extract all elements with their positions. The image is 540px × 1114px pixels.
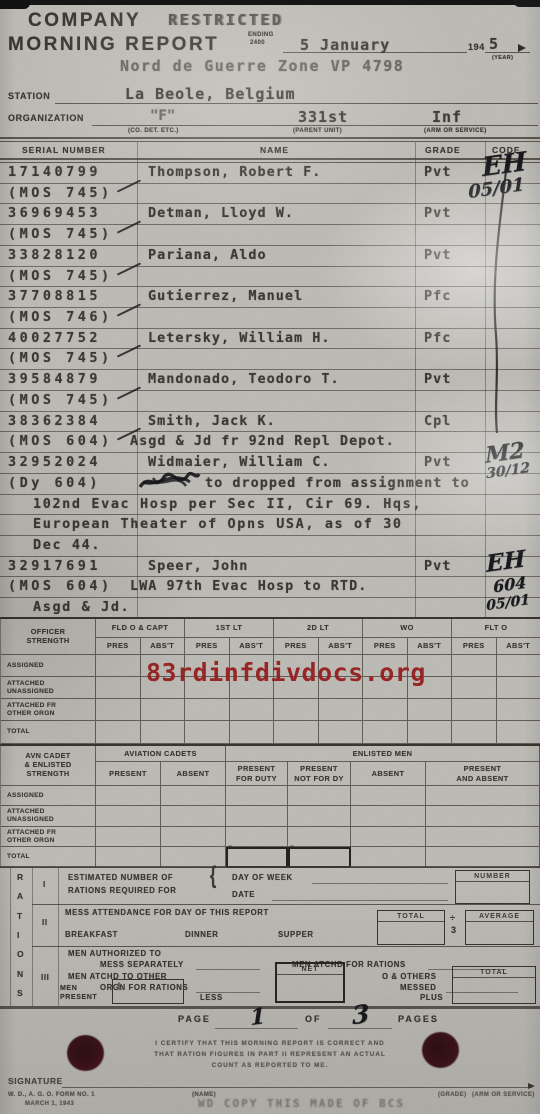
- table-cell: [319, 721, 364, 744]
- roster-grade: Pvt: [424, 205, 451, 221]
- section-rule-2: [0, 141, 540, 142]
- roster-line: 32952024Widmaier, William C.Pvt: [0, 452, 540, 474]
- date-value: 5 January: [300, 36, 390, 54]
- signature-label: SIGNATURE: [8, 1076, 63, 1086]
- page-number-handwritten: 1: [250, 1003, 266, 1031]
- certification-line: I CERTIFY THAT THIS MORNING REPORT IS CO…: [155, 1040, 384, 1047]
- rations-top-rule: [0, 866, 540, 868]
- table-subcolumn-header: PRESENT NOT FOR DY: [288, 762, 351, 786]
- ending-time: 2400: [250, 40, 265, 46]
- roster-line: Dec 44.: [0, 535, 540, 557]
- table-cell: [161, 827, 226, 847]
- table-cell: [230, 721, 275, 744]
- table-cell: [226, 847, 288, 868]
- pages-total-handwritten: 3: [352, 999, 370, 1031]
- plus-label: PLUS: [420, 993, 443, 1002]
- grade-caption: (GRADE): [438, 1092, 466, 1098]
- mess-separately-label: MESS SEPARATELY: [100, 960, 184, 969]
- pages-label: PAGES: [398, 1014, 439, 1024]
- table-row-label: TOTAL: [1, 721, 96, 744]
- roster-line: (MOS 745): [0, 183, 540, 205]
- roster-mos: (MOS 745): [8, 226, 113, 242]
- table-cell: [274, 699, 319, 721]
- table-cell: [452, 655, 497, 677]
- rations-vertical-letter: R: [17, 872, 24, 882]
- year-prefix: 194: [468, 42, 485, 52]
- average-label: AVERAGE: [466, 911, 533, 922]
- signature-rule: [62, 1087, 532, 1088]
- rations-bottom-rule: [0, 1006, 540, 1009]
- blank-rule: [312, 883, 448, 884]
- roster-line: (MOS 746): [0, 307, 540, 329]
- roster-remark: Dec 44.: [33, 537, 101, 553]
- table-cell: [408, 699, 453, 721]
- men-present-label: MEN PRESENT: [60, 984, 97, 1002]
- form-id: W. D., A. G. O. FORM NO. 1: [8, 1092, 95, 1098]
- table-cell: [351, 847, 426, 868]
- table-cell: [426, 806, 540, 827]
- roster-name: Gutierrez, Manuel: [148, 288, 303, 304]
- table-cell: [452, 721, 497, 744]
- roster-name: Speer, John: [148, 558, 248, 574]
- roster-serial-number: 33828120: [8, 247, 101, 263]
- rations-total-box: TOTAL: [452, 966, 536, 1004]
- table-cell: [351, 806, 426, 827]
- table-subcolumn-header: PRES: [185, 638, 230, 655]
- roster-line: (MOS 604)LWA 97th Evac Hosp to RTD.: [0, 576, 540, 598]
- table-cell: [96, 847, 161, 868]
- table-cell: [452, 699, 497, 721]
- enlisted-strength-table: AVN CADET & ENLISTED STRENGTHAVIATION CA…: [0, 744, 540, 868]
- table-subcolumn-header: PRES: [96, 638, 141, 655]
- organization-label: ORGANIZATION: [8, 113, 84, 123]
- table-cell: [351, 827, 426, 847]
- rations-estimated-line2: RATIONS REQUIRED FOR: [68, 886, 176, 895]
- roster-name: Detman, Lloyd W.: [148, 205, 294, 221]
- breakfast-label: BREAKFAST: [65, 930, 118, 939]
- roster-name: Smith, Jack K.: [148, 413, 276, 429]
- roster-line: 38362384Smith, Jack K.Cpl: [0, 411, 540, 433]
- year-rule: [485, 52, 530, 53]
- table-cell: [161, 786, 226, 806]
- roster-name: Pariana, Aldo: [148, 247, 267, 263]
- table-cell: [408, 721, 453, 744]
- org-unit-caption: (CO. DET. ETC.): [128, 128, 179, 134]
- org-parent-value: 331st: [298, 108, 348, 126]
- roster-mos: (MOS 745): [8, 185, 113, 201]
- table-cell: [141, 699, 186, 721]
- watermark: 83rdinfdivdocs.org: [146, 658, 426, 687]
- divide-by: 3: [451, 925, 457, 935]
- roster-mos: (MOS 604): [8, 433, 113, 449]
- roster-grade: Pfc: [424, 330, 451, 346]
- signature-arrow: [528, 1083, 535, 1089]
- table-cell: [319, 699, 364, 721]
- table-cell: [230, 699, 275, 721]
- station-rule: [55, 103, 538, 104]
- net-box: NET: [275, 962, 345, 1003]
- roster-column-header: SERIAL NUMBER: [22, 145, 106, 155]
- table-cell: [351, 786, 426, 806]
- table-cell: [141, 721, 186, 744]
- roster-line: (MOS 745): [0, 224, 540, 246]
- roster-serial-number: 36969453: [8, 205, 101, 221]
- rations-numeral-1: I: [43, 880, 46, 889]
- divide-sign: ÷: [450, 913, 456, 923]
- rations-numeral-2: II: [42, 918, 48, 927]
- form-title-line2: MORNING REPORT: [8, 34, 219, 56]
- rations-estimated-line1: ESTIMATED NUMBER OF: [68, 873, 173, 882]
- org-arm-caption: (ARM OR SERVICE): [424, 128, 487, 134]
- table-group-header: AVIATION CADETS: [96, 746, 226, 762]
- table-cell: [226, 786, 288, 806]
- table-cell: [96, 827, 161, 847]
- table-cell: [288, 786, 351, 806]
- roster-column-header: NAME: [260, 145, 289, 155]
- table-row-label: TOTAL: [1, 847, 96, 868]
- roster-grade: Pvt: [424, 247, 451, 263]
- roster-line: (Dy 604)to dropped from assignment to: [0, 473, 540, 495]
- supper-label: SUPPER: [278, 930, 314, 939]
- table-subcolumn-header: ABSENT: [161, 762, 226, 786]
- blank-rule: [272, 900, 448, 901]
- roster-grade: Pvt: [424, 558, 451, 574]
- roster-serial-number: 37708815: [8, 288, 101, 304]
- rations-border: [32, 868, 33, 1006]
- roster-name: Widmaier, William C.: [148, 454, 331, 470]
- roster-line: 36969453Detman, Lloyd W.Pvt: [0, 203, 540, 225]
- roster-serial-number: 40027752: [8, 330, 101, 346]
- table-cell: [288, 806, 351, 827]
- roster-remark: LWA 97th Evac Hosp to RTD.: [130, 578, 367, 594]
- roster-line: (MOS 745): [0, 266, 540, 288]
- table-row-label: ATTACHED UNASSIGNED: [1, 677, 96, 699]
- table-group-header: WO: [363, 619, 452, 638]
- roster-grade: Pvt: [424, 371, 451, 387]
- blank-rule: [196, 969, 260, 970]
- morning-report-document: COMPANY MORNING REPORT RESTRICTED ENDING…: [0, 0, 540, 1114]
- table-row-label: ATTACHED UNASSIGNED: [1, 806, 96, 827]
- rations-divider: [32, 946, 540, 947]
- table-subcolumn-header: PRES: [452, 638, 497, 655]
- station-value: La Beole, Belgium: [125, 85, 296, 103]
- dinner-label: DINNER: [185, 930, 219, 939]
- roster-line: 39584879Mandonado, Teodoro T.Pvt: [0, 369, 540, 391]
- average-box: AVERAGE: [465, 910, 534, 945]
- number-box: NUMBER: [455, 870, 530, 904]
- roster-name: Mandonado, Teodoro T.: [148, 371, 340, 387]
- table-corner-label: AVN CADET & ENLISTED STRENGTH: [1, 746, 96, 786]
- roster-serial-number: 17140799: [8, 164, 101, 180]
- roster-serial-number: 38362384: [8, 413, 101, 429]
- table-subcolumn-header: PRESENT AND ABSENT: [426, 762, 540, 786]
- table-cell: [96, 721, 141, 744]
- roster-serial-number: 39584879: [8, 371, 101, 387]
- table-row-label: ASSIGNED: [1, 655, 96, 677]
- men-authorized-label: MEN AUTHORIZED TO: [68, 949, 161, 958]
- table-row-label: ATTACHED FR OTHER ORGN: [1, 699, 96, 721]
- roster-line: (MOS 604)Asgd & Jd fr 92nd Repl Depot.: [0, 431, 540, 453]
- roster-line: 32917691Speer, JohnPvt: [0, 556, 540, 578]
- table-cell: [452, 677, 497, 699]
- scan-edge-topright: [514, 0, 540, 7]
- table-cell: [497, 721, 540, 744]
- arm-caption: (ARM OR SERVICE): [472, 1092, 535, 1098]
- table-subcolumn-header: PRES: [274, 638, 319, 655]
- table-cell: [185, 721, 230, 744]
- table-cell: [185, 699, 230, 721]
- rations-divider: [32, 904, 540, 905]
- table-group-header: FLD O & CAPT: [96, 619, 185, 638]
- year-value: 5: [489, 35, 498, 53]
- table-cell: [363, 721, 408, 744]
- table-cell: [226, 806, 288, 827]
- table-subcolumn-header: ABSENT: [351, 762, 426, 786]
- table-group-header: FLT O: [452, 619, 540, 638]
- number-box-label: NUMBER: [456, 871, 529, 882]
- roster-mos: (Dy 604): [8, 475, 101, 491]
- mess-total-box: TOTAL: [377, 910, 445, 945]
- roster-mos: (MOS 745): [8, 268, 113, 284]
- rations-total-label: TOTAL: [453, 967, 535, 978]
- rations-border: [10, 868, 11, 1006]
- table-subcolumn-header: ABS'T: [230, 638, 275, 655]
- net-label: NET: [277, 964, 343, 975]
- of-label: OF: [305, 1014, 322, 1024]
- roster-mos: (MOS 745): [8, 392, 113, 408]
- table-cell: [497, 677, 540, 699]
- table-subcolumn-header: ABS'T: [408, 638, 453, 655]
- year-caption: (YEAR): [492, 55, 513, 61]
- table-cell: [274, 721, 319, 744]
- roster-mos: (MOS 604): [8, 578, 113, 594]
- page-label: PAGE: [178, 1014, 211, 1024]
- roster-grade: Pvt: [424, 454, 451, 470]
- mess-attendance-title: MESS ATTENDANCE FOR DAY OF THIS REPORT: [65, 908, 269, 917]
- table-subcolumn-header: PRES: [363, 638, 408, 655]
- messed-label: MESSED: [400, 983, 437, 992]
- section-rule: [0, 137, 540, 139]
- table-corner-label: OFFICER STRENGTH: [1, 619, 96, 655]
- roster-grade: Cpl: [424, 413, 451, 429]
- table-cell: [96, 806, 161, 827]
- table-subcolumn-header: ABS'T: [141, 638, 186, 655]
- table-cell: [96, 677, 141, 699]
- roster-line: Asgd & Jd.: [0, 597, 540, 619]
- rations-vertical-letter: T: [17, 911, 23, 921]
- roster-line: 37708815Gutierrez, ManuelPfc: [0, 286, 540, 308]
- roster-grade: Pvt: [424, 164, 451, 180]
- roster-remark: European Theater of Opns USA, as of 30: [33, 516, 403, 532]
- less-label: LESS: [200, 993, 223, 1002]
- org-arm-value: Inf: [432, 108, 462, 126]
- date-label: DATE: [232, 890, 255, 899]
- roster-column-header: GRADE: [425, 145, 461, 155]
- scan-edge-topleft: [0, 0, 30, 9]
- rations-numeral-3: III: [41, 973, 49, 982]
- table-cell: [96, 786, 161, 806]
- table-cell: [288, 847, 351, 868]
- footer-stamp: WD COPY THIS MADE OF BCS: [198, 1097, 405, 1110]
- ending-label: ENDING: [248, 32, 274, 38]
- roster-head-rule: [0, 158, 540, 160]
- roster-line: 33828120Pariana, AldoPvt: [0, 245, 540, 267]
- arrow-mark: [518, 44, 526, 52]
- rations-vertical-letter: A: [17, 891, 24, 901]
- roster-line: (MOS 745): [0, 390, 540, 412]
- roster-name: Letersky, William H.: [148, 330, 331, 346]
- roster-remark: Asgd & Jd fr 92nd Repl Depot.: [130, 433, 395, 449]
- certification-line: THAT RATION FIGURES IN PART II REPRESENT…: [154, 1051, 385, 1058]
- table-cell: [497, 699, 540, 721]
- table-subcolumn-header: PRESENT: [96, 762, 161, 786]
- roster-line: (MOS 745): [0, 348, 540, 370]
- roster-name: Thompson, Robert F.: [148, 164, 321, 180]
- rations-vertical-letter: N: [17, 969, 24, 979]
- punch-hole-right: [422, 1032, 459, 1068]
- table-subcolumn-header: ABS'T: [319, 638, 364, 655]
- roster-grade: Pfc: [424, 288, 451, 304]
- table-cell: [226, 827, 288, 847]
- roster-remark: Asgd & Jd.: [33, 599, 130, 615]
- punch-hole-left: [67, 1035, 104, 1071]
- roster-line: 40027752Letersky, William H.Pfc: [0, 328, 540, 350]
- day-of-week-label: DAY OF WEEK: [232, 873, 293, 882]
- o-and-others-label: O & OTHERS: [382, 972, 437, 981]
- roster-line: 17140799Thompson, Robert F.Pvt: [0, 162, 540, 184]
- roster-remark: to dropped from assignment to: [205, 475, 470, 491]
- form-title-line1: COMPANY: [28, 10, 141, 32]
- table-group-header: ENLISTED MEN: [226, 746, 540, 762]
- org-parent-caption: (PARENT UNIT): [293, 128, 342, 134]
- table-cell: [96, 655, 141, 677]
- table-subcolumn-header: ABS'T: [497, 638, 540, 655]
- rations-vertical-letter: I: [17, 930, 20, 940]
- rations-border: [58, 868, 59, 1006]
- table-group-header: 1ST LT: [185, 619, 274, 638]
- table-cell: [288, 827, 351, 847]
- table-row-label: ASSIGNED: [1, 786, 96, 806]
- table-cell: [426, 786, 540, 806]
- table-subcolumn-header: PRESENT FOR DUTY: [226, 762, 288, 786]
- certification-line: COUNT AS REPORTED TO ME.: [212, 1062, 329, 1069]
- roster-line: European Theater of Opns USA, as of 30: [0, 514, 540, 536]
- roster-serial-number: 32952024: [8, 454, 101, 470]
- scan-edge-top: [0, 0, 540, 5]
- table-cell: [426, 847, 540, 868]
- classification-stamp: RESTRICTED: [168, 11, 283, 29]
- station-label: STATION: [8, 91, 50, 101]
- table-group-header: 2D LT: [274, 619, 363, 638]
- table-row-label: ATTACHED FR OTHER ORGN: [1, 827, 96, 847]
- brace: {: [210, 864, 217, 891]
- table-cell: [161, 806, 226, 827]
- roster-line: 102nd Evac Hosp per Sec II, Cir 69. Hqs,: [0, 494, 540, 516]
- men-present-mark: t: [116, 980, 123, 993]
- rations-vertical-letter: O: [17, 949, 24, 959]
- table-cell: [426, 827, 540, 847]
- roster-remark: 102nd Evac Hosp per Sec II, Cir 69. Hqs,: [33, 496, 422, 512]
- org-unit-value: "F": [150, 108, 175, 124]
- form-date: MARCH 1, 1943: [25, 1101, 74, 1107]
- mess-total-label: TOTAL: [378, 911, 444, 922]
- roster-serial-number: 32917691: [8, 558, 101, 574]
- table-cell: [497, 655, 540, 677]
- rations-vertical-letter: S: [17, 988, 23, 998]
- table-cell: [363, 699, 408, 721]
- zone-line: Nord de Guerre Zone VP 4798: [120, 57, 404, 75]
- roster-mos: (MOS 746): [8, 309, 113, 325]
- roster-mos: (MOS 745): [8, 350, 113, 366]
- table-cell: [96, 699, 141, 721]
